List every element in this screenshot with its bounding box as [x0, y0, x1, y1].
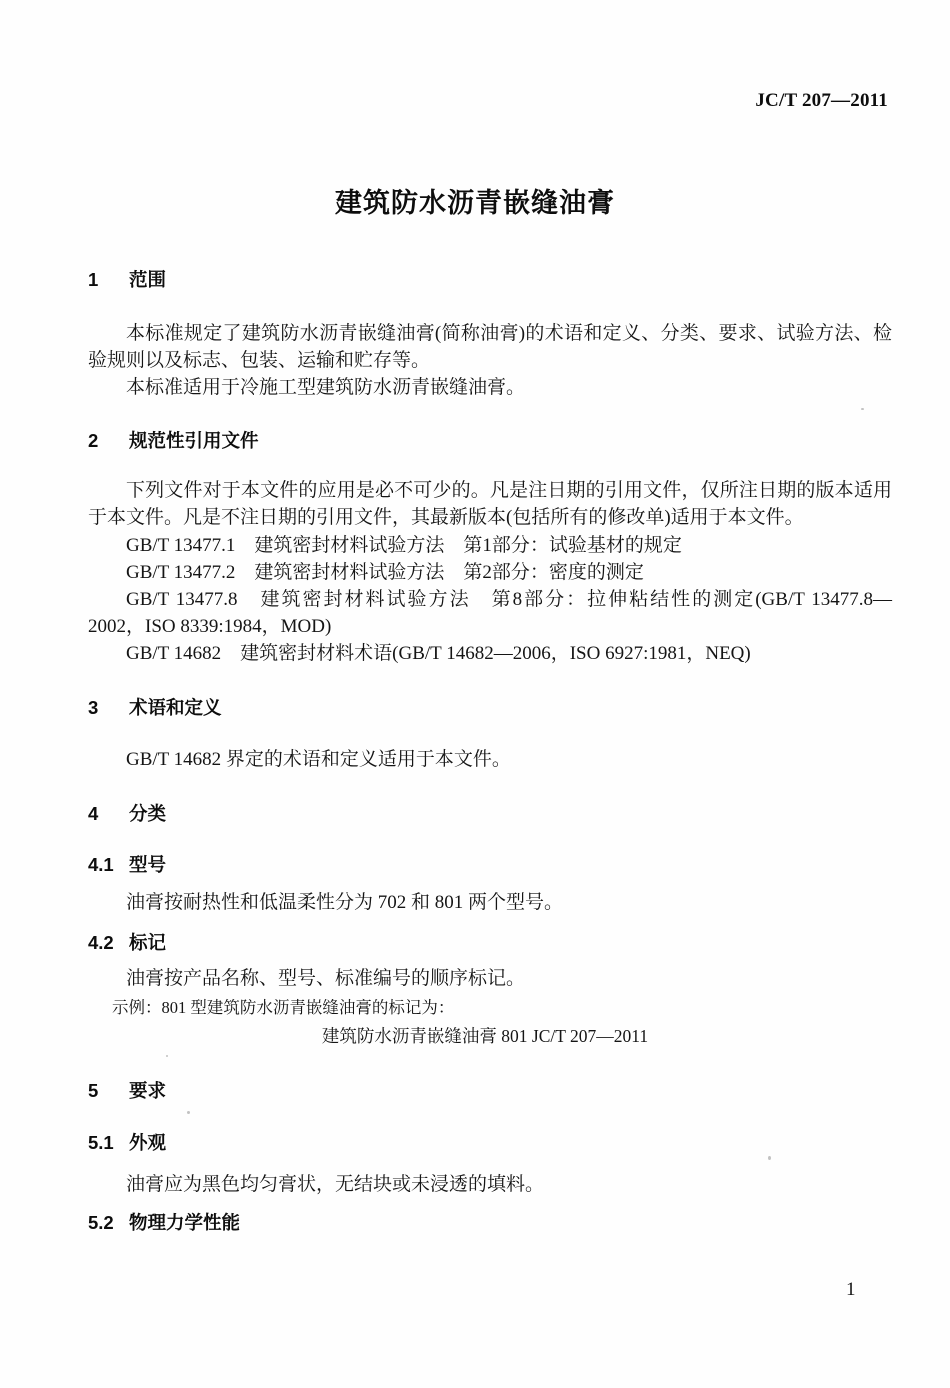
section-title-text: 标记	[129, 932, 166, 953]
reference-item: GB/T 13477.8 建筑密封材料试验方法 第8部分：拉伸粘结性的测定(GB…	[88, 586, 892, 640]
section-heading-4-2: 4.2标记	[88, 929, 166, 955]
reference-item: GB/T 13477.2 建筑密封材料试验方法 第2部分：密度的测定	[88, 559, 892, 586]
section-number: 4.1	[88, 854, 129, 876]
example-label: 示例：801 型建筑防水沥青嵌缝油膏的标记为：	[88, 996, 892, 1020]
section-heading-2: 2规范性引用文件	[88, 427, 259, 453]
section-title-text: 要求	[129, 1080, 166, 1101]
section-title-text: 范围	[129, 269, 166, 290]
scan-speck	[166, 1055, 168, 1057]
document-title: 建筑防水沥青嵌缝油膏	[0, 181, 950, 220]
section-number: 5	[88, 1080, 129, 1102]
section-number: 1	[88, 269, 129, 291]
scan-speck	[768, 1156, 771, 1160]
section-heading-5-2: 5.2物理力学性能	[88, 1209, 240, 1235]
section-heading-5-1: 5.1外观	[88, 1129, 166, 1155]
section-heading-4-1: 4.1型号	[88, 851, 166, 877]
section-title-text: 术语和定义	[129, 697, 222, 718]
paragraph-scope-1: 本标准规定了建筑防水沥青嵌缝油膏(简称油膏)的术语和定义、分类、要求、试验方法、…	[88, 320, 892, 374]
example-designation: 建筑防水沥青嵌缝油膏 801 JC/T 207—2011	[20, 1023, 950, 1048]
scan-speck	[861, 408, 864, 410]
section-number: 4	[88, 803, 129, 825]
section-title-text: 规范性引用文件	[129, 430, 259, 451]
section-number: 5.1	[88, 1132, 129, 1154]
paragraph-references-intro: 下列文件对于本文件的应用是必不可少的。凡是注日期的引用文件，仅所注日期的版本适用…	[88, 477, 892, 531]
reference-item: GB/T 13477.1 建筑密封材料试验方法 第1部分：试验基材的规定	[88, 532, 892, 559]
reference-item: GB/T 14682 建筑密封材料术语(GB/T 14682—2006，ISO …	[88, 640, 892, 667]
paragraph-designation: 油膏按产品名称、型号、标准编号的顺序标记。	[88, 965, 892, 992]
standard-document-page: JC/T 207—2011 建筑防水沥青嵌缝油膏 1范围 本标准规定了建筑防水沥…	[0, 0, 950, 1388]
section-heading-3: 3术语和定义	[88, 694, 222, 720]
section-title-text: 物理力学性能	[129, 1212, 240, 1233]
paragraph-scope-2: 本标准适用于冷施工型建筑防水沥青嵌缝油膏。	[88, 374, 892, 401]
section-heading-5: 5要求	[88, 1077, 166, 1103]
section-title-text: 外观	[129, 1132, 166, 1153]
paragraph-appearance: 油膏应为黑色均匀膏状，无结块或未浸透的填料。	[88, 1171, 892, 1198]
standard-code: JC/T 207—2011	[755, 90, 888, 112]
paragraph-terms: GB/T 14682 界定的术语和定义适用于本文件。	[88, 746, 892, 773]
paragraph-model: 油膏按耐热性和低温柔性分为 702 和 801 两个型号。	[88, 889, 892, 916]
section-number: 4.2	[88, 932, 129, 954]
section-title-text: 分类	[129, 803, 166, 824]
section-heading-1: 1范围	[88, 266, 166, 292]
section-title-text: 型号	[129, 854, 166, 875]
section-number: 3	[88, 697, 129, 719]
section-number: 5.2	[88, 1212, 129, 1234]
section-number: 2	[88, 430, 129, 452]
scan-speck	[187, 1111, 190, 1114]
section-heading-4: 4分类	[88, 800, 166, 826]
page-number: 1	[846, 1279, 856, 1301]
